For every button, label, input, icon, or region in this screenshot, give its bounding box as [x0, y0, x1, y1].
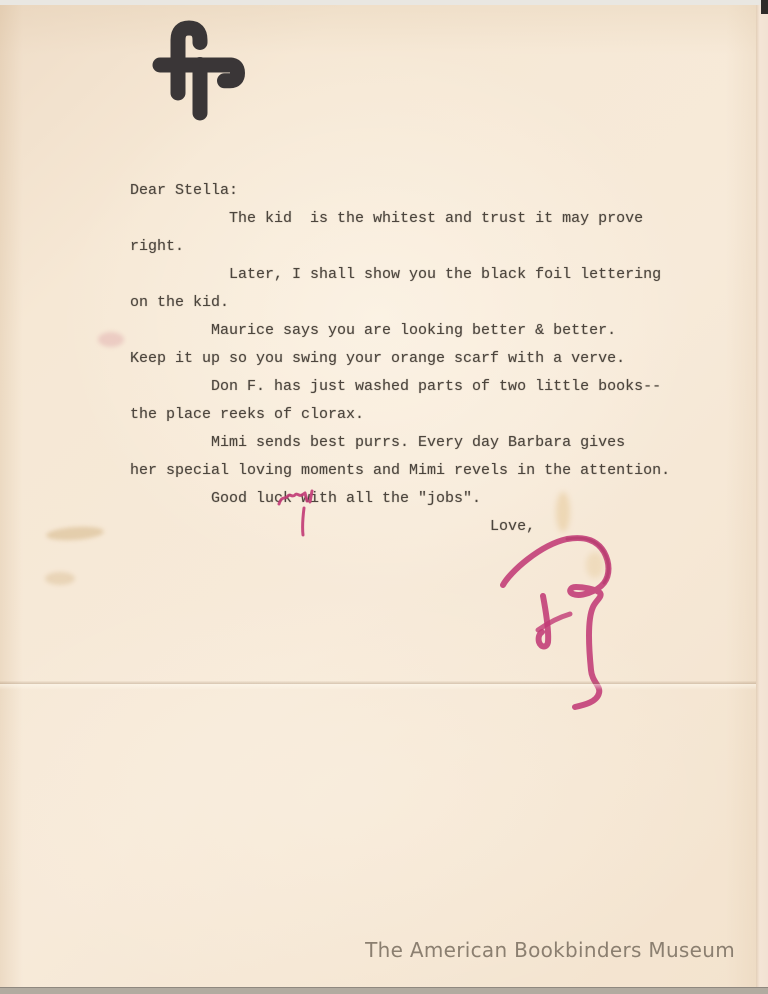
fold-crease-highlight — [0, 684, 756, 690]
scanner-strip-bottom — [0, 987, 768, 994]
scanner-strip-top — [0, 0, 768, 5]
letter-paper: Dear Stella: The kid is the whitest and … — [0, 5, 756, 988]
letter-line: Good luck with all the "jobs". — [130, 485, 730, 513]
stain — [98, 332, 124, 347]
stain — [586, 552, 604, 578]
stain — [556, 492, 570, 532]
logo-p-bowl — [207, 65, 238, 81]
letter-line: Dear Stella: — [130, 177, 730, 205]
letter-line: the place reeks of clorax. — [130, 401, 730, 429]
fp-monogram-logo — [150, 17, 250, 127]
corner-notch — [761, 0, 768, 14]
letter-line: Keep it up so you swing your orange scar… — [130, 345, 730, 373]
letter-line: on the kid. — [130, 289, 730, 317]
stain — [46, 525, 105, 542]
signature-flourish — [480, 520, 640, 720]
signature-vertical-stroke — [539, 596, 549, 647]
letter-body: Dear Stella: The kid is the whitest and … — [130, 177, 730, 541]
insertion-word-squiggle — [279, 493, 307, 504]
paper-edge-right — [756, 5, 768, 987]
scanned-letter: Dear Stella: The kid is the whitest and … — [0, 0, 768, 994]
handwritten-insertion-mark — [276, 487, 322, 537]
letter-line: The kid is the whitest and trust it may … — [130, 205, 730, 233]
letter-line: her special loving moments and Mimi reve… — [130, 457, 730, 485]
letter-line: Don F. has just washed parts of two litt… — [130, 373, 730, 401]
letter-line: right. — [130, 233, 730, 261]
watermark-text: The American Bookbinders Museum — [365, 938, 735, 962]
letter-line: Later, I shall show you the black foil l… — [130, 261, 730, 289]
letter-line: Love, — [130, 513, 730, 541]
letter-line: Mimi sends best purrs. Every day Barbara… — [130, 429, 730, 457]
stain — [45, 572, 75, 585]
insertion-caret — [303, 508, 304, 535]
insertion-word-tick — [310, 491, 312, 502]
letter-line: Maurice says you are looking better & be… — [130, 317, 730, 345]
signature-cross-flick — [538, 614, 570, 630]
